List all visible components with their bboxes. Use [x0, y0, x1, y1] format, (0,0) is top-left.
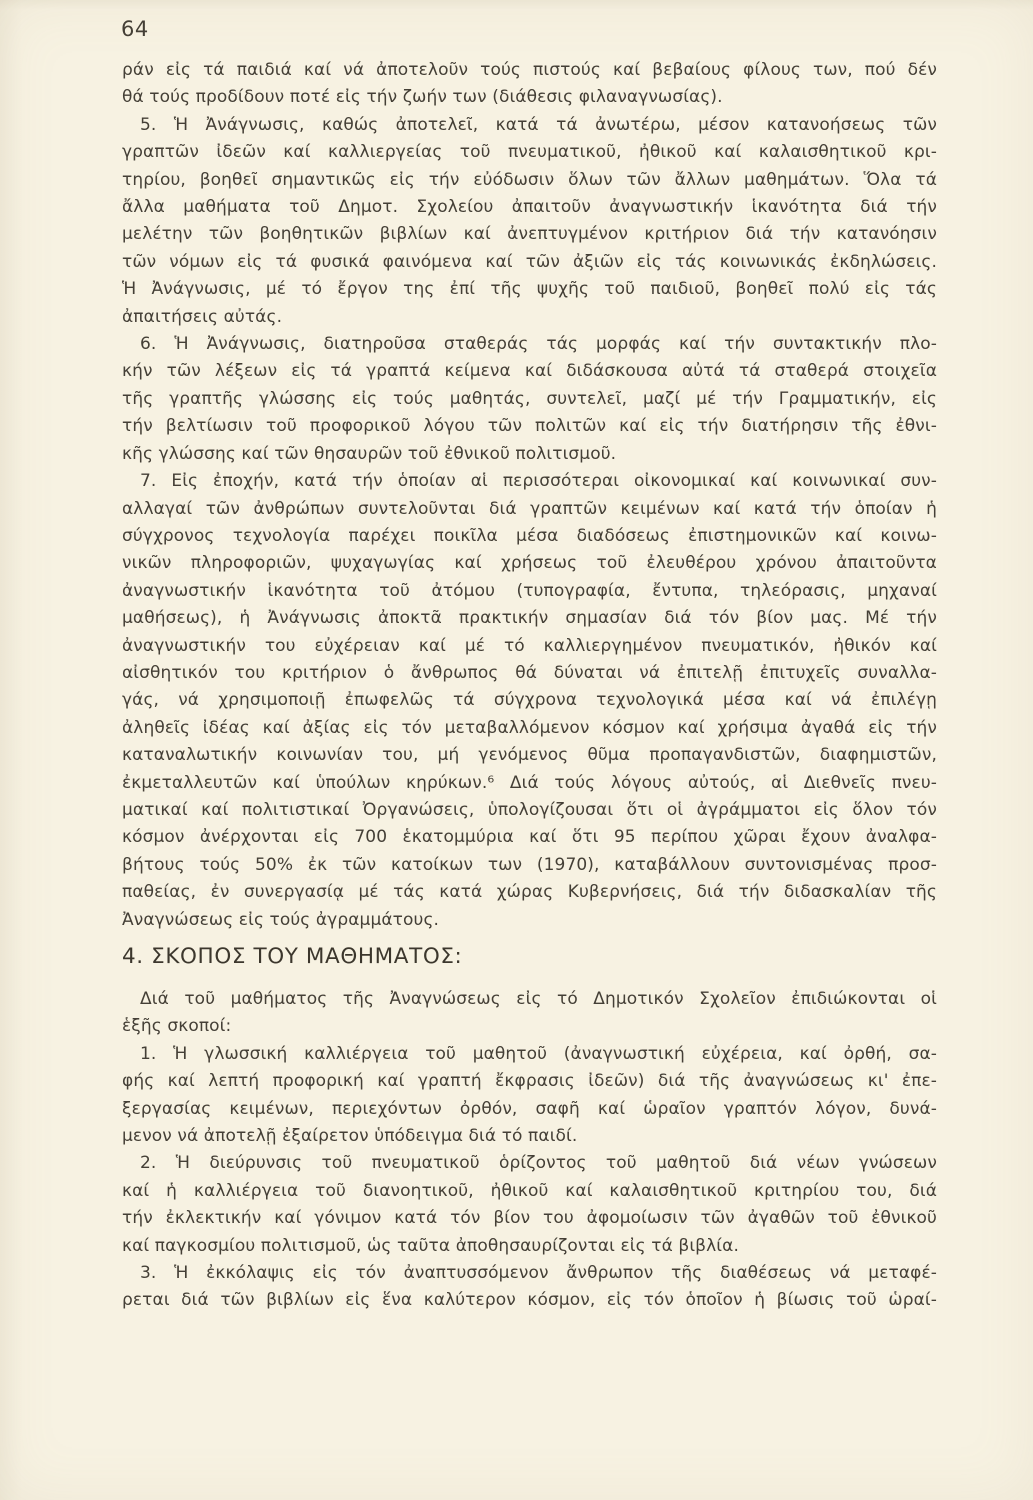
paragraph: ράν εἰς τά παιδιά καί νά ἀποτελοῦν τούς … [122, 57, 937, 112]
paragraph: 5. Ἡ Ἀνάγνωσις, καθώς ἀποτελεῖ, κατά τά … [122, 112, 937, 331]
text-line: 6. Ἡ Ἀνάγνωσις, διατηροῦσα σταθεράς τάς … [122, 331, 937, 358]
text-line: ἄλλα μαθήματα τοῦ Δημοτ. Σχολείου ἀπαιτο… [122, 194, 937, 221]
text-line: Ἡ Ἀνάγνωσις, μέ τό ἔργον της ἐπί τῆς ψυχ… [122, 276, 937, 303]
text-line: ματικαί καί πολιτιστικαί Ὀργανώσεις, ὑπο… [122, 797, 937, 824]
text-line: 7. Εἰς ἐποχήν, κατά τήν ὁποίαν αἱ περισσ… [122, 468, 937, 495]
page-number: 64 [121, 16, 149, 42]
text-line: μαθήσεως), ἡ Ἀνάγνωσις ἀποκτᾶ πρακτικήν … [122, 605, 937, 632]
page-text-block: ράν εἰς τά παιδιά καί νά ἀποτελοῦν τούς … [122, 57, 937, 1315]
text-line: ἀναγνωστικήν του εὐχέρειαν καί μέ τό καλ… [122, 633, 937, 660]
text-line: 5. Ἡ Ἀνάγνωσις, καθώς ἀποτελεῖ, κατά τά … [122, 112, 937, 139]
text-line: τήν ἐκλεκτικήν καί γόνιμον κατά τόν βίον… [122, 1205, 937, 1232]
text-line: κῆς γλώσσης καί τῶν θησαυρῶν τοῦ ἐθνικοῦ… [122, 441, 937, 468]
paragraph: 1. Ἡ γλωσσική καλλιέργεια τοῦ μαθητοῦ (ἀ… [122, 1041, 937, 1151]
text-line: τήν βελτίωσιν τοῦ προφορικοῦ λόγου τῶν π… [122, 413, 937, 440]
text-line: παθείας, ἐν συνεργασίᾳ μέ τάς κατά χώρας… [122, 879, 937, 906]
text-line: ἀναγνωστικήν ἱκανότητα τοῦ ἀτόμου (τυπογ… [122, 578, 937, 605]
section-heading: 4. ΣΚΟΠΟΣ ΤΟΥ ΜΑΘΗΜΑΤΟΣ: [122, 942, 937, 972]
text-line: γραπτῶν ἰδεῶν καί καλλιεργείας τοῦ πνευμ… [122, 139, 937, 166]
text-line: 2. Ἡ διεύρυνσις τοῦ πνευματικοῦ ὁρίζοντο… [122, 1150, 937, 1177]
text-line: τῶν νόμων εἰς τά φυσικά φαινόμενα καί τῶ… [122, 249, 937, 276]
text-line: βήτους τούς 50% ἐκ τῶν κατοίκων των (197… [122, 852, 937, 879]
text-line: αἰσθητικόν του κριτήριον ὁ ἄνθρωπος θά δ… [122, 660, 937, 687]
text-line: ἐκμεταλλευτῶν καί ὑπούλων κηρύκων.⁶ Διά … [122, 770, 937, 797]
book-page: 64 ράν εἰς τά παιδιά καί νά ἀποτελοῦν το… [0, 0, 1033, 1500]
text-line: ράν εἰς τά παιδιά καί νά ἀποτελοῦν τούς … [122, 57, 937, 84]
paragraph: Διά τοῦ μαθήματος τῆς Ἀναγνώσεως εἰς τό … [122, 986, 937, 1041]
body-section: ράν εἰς τά παιδιά καί νά ἀποτελοῦν τούς … [122, 57, 937, 934]
text-line: 3. Ἡ ἐκκόλαψις εἰς τόν ἀναπτυσσόμενον ἄν… [122, 1260, 937, 1287]
text-line: σύγχρονος τεχνολογία παρέχει ποικῖλα μέσ… [122, 523, 937, 550]
text-line: Διά τοῦ μαθήματος τῆς Ἀναγνώσεως εἰς τό … [122, 986, 937, 1013]
text-line: γάς, νά χρησιμοποιῇ ἐπωφελῶς τά σύγχρονα… [122, 687, 937, 714]
text-line: μενον νά ἀποτελῇ ἐξαίρετον ὑπόδειγμα διά… [122, 1123, 937, 1150]
text-line: ἀπαιτήσεις αὐτάς. [122, 304, 937, 331]
text-line: καί παγκοσμίου πολιτισμοῦ, ὡς ταῦτα ἀποθ… [122, 1233, 937, 1260]
text-line: τῆς γραπτῆς γλώσσης εἰς τούς μαθητάς, συ… [122, 386, 937, 413]
text-line: αλλαγαί τῶν ἀνθρώπων συντελοῦνται διά γρ… [122, 496, 937, 523]
paragraph: 3. Ἡ ἐκκόλαψις εἰς τόν ἀναπτυσσόμενον ἄν… [122, 1260, 937, 1315]
text-line: τηρίου, βοηθεῖ σημαντικῶς εἰς τήν εὐόδωσ… [122, 167, 937, 194]
body-section: Διά τοῦ μαθήματος τῆς Ἀναγνώσεως εἰς τό … [122, 986, 937, 1315]
text-line: ρεται διά τῶν βιβλίων εἰς ἕνα καλύτερον … [122, 1287, 937, 1314]
text-line: Ἀναγνώσεως εἰς τούς ἀγραμμάτους. [122, 907, 937, 934]
text-line: ἀληθεῖς ἰδέας καί ἀξίας εἰς τόν μεταβαλλ… [122, 715, 937, 742]
paragraph: 6. Ἡ Ἀνάγνωσις, διατηροῦσα σταθεράς τάς … [122, 331, 937, 468]
text-line: 1. Ἡ γλωσσική καλλιέργεια τοῦ μαθητοῦ (ἀ… [122, 1041, 937, 1068]
text-line: κήν τῶν λέξεων εἰς τά γραπτά κείμενα καί… [122, 358, 937, 385]
text-line: φής καί λεπτή προφορική καί γραπτή ἔκφρα… [122, 1068, 937, 1095]
text-line: θά τούς προδίδουν ποτέ εἰς τήν ζωήν των … [122, 84, 937, 111]
text-line: ἑξῆς σκοποί: [122, 1013, 937, 1040]
text-line: ξεργασίας κειμένων, περιεχόντων ὀρθόν, σ… [122, 1096, 937, 1123]
text-line: μελέτην τῶν βοηθητικῶν βιβλίων καί ἀνεπτ… [122, 221, 937, 248]
paragraph: 7. Εἰς ἐποχήν, κατά τήν ὁποίαν αἱ περισσ… [122, 468, 937, 934]
text-line: καταναλωτικήν κοινωνίαν του, μή γενόμενο… [122, 742, 937, 769]
paragraph: 2. Ἡ διεύρυνσις τοῦ πνευματικοῦ ὁρίζοντο… [122, 1150, 937, 1260]
text-line: κόσμον ἀνέρχονται εἰς 700 ἑκατομμύρια κα… [122, 824, 937, 851]
text-line: καί ἡ καλλιέργεια τοῦ διανοητικοῦ, ἠθικο… [122, 1178, 937, 1205]
text-line: νικῶν πληροφοριῶν, ψυχαγωγίας καί χρήσεω… [122, 550, 937, 577]
